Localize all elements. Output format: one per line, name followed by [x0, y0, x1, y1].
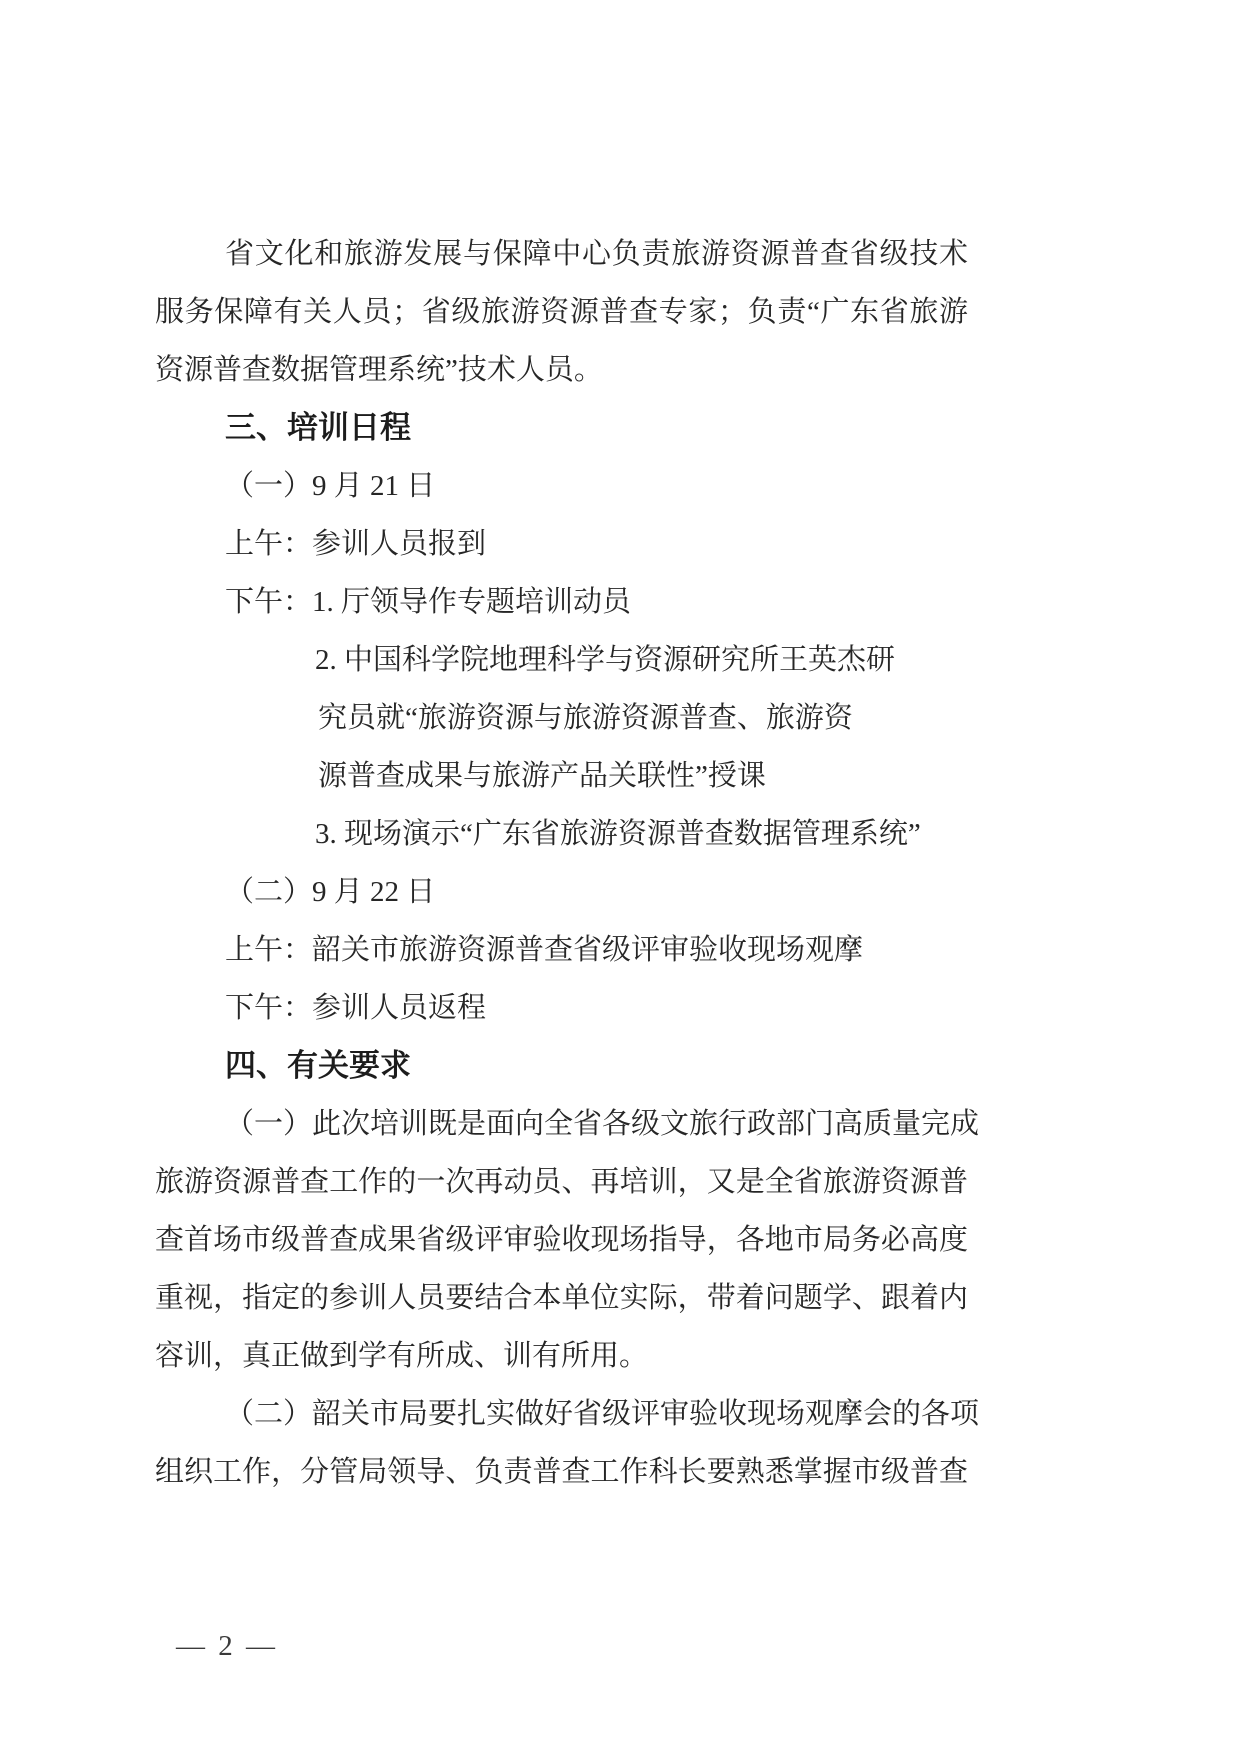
section-heading-training-schedule: 三、培训日程	[155, 399, 968, 457]
doc-line: （二）韶关市局要扎实做好省级评审验收现场观摩会的各项	[155, 1385, 968, 1443]
doc-line-numbered-item: 2. 中国科学院地理科学与资源研究所王英杰研	[155, 631, 968, 689]
doc-line: 查首场市级普查成果省级评审验收现场指导，各地市局务必高度	[155, 1211, 968, 1269]
doc-line: 究员就“旅游资源与旅游资源普查、旅游资	[155, 689, 968, 747]
doc-line-afternoon: 下午：1. 厅领导作专题培训动员	[155, 573, 968, 631]
doc-line: 省文化和旅游发展与保障中心负责旅游资源普查省级技术	[155, 225, 968, 283]
doc-line-numbered-item: 3. 现场演示“广东省旅游资源普查数据管理系统”	[155, 805, 968, 863]
doc-line-afternoon: 下午：参训人员返程	[155, 979, 968, 1037]
doc-line-morning: 上午：韶关市旅游资源普查省级评审验收现场观摩	[155, 921, 968, 979]
doc-line-date-item: （一）9 月 21 日	[155, 457, 968, 515]
doc-line: 重视，指定的参训人员要结合本单位实际，带着问题学、跟着内	[155, 1269, 968, 1327]
section-heading-requirements: 四、有关要求	[155, 1037, 968, 1095]
doc-line-morning: 上午：参训人员报到	[155, 515, 968, 573]
doc-line: （一）此次培训既是面向全省各级文旅行政部门高质量完成	[155, 1095, 968, 1153]
doc-line: 组织工作，分管局领导、负责普查工作科长要熟悉掌握市级普查	[155, 1443, 968, 1501]
document-body: 省文化和旅游发展与保障中心负责旅游资源普查省级技术 服务保障有关人员；省级旅游资…	[155, 225, 968, 1501]
doc-line: 源普查成果与旅游产品关联性”授课	[155, 747, 968, 805]
doc-line: 容训，真正做到学有所成、训有所用。	[155, 1327, 968, 1385]
page-number: — 2 —	[176, 1626, 278, 1666]
doc-line: 旅游资源普查工作的一次再动员、再培训，又是全省旅游资源普	[155, 1153, 968, 1211]
doc-line-date-item: （二）9 月 22 日	[155, 863, 968, 921]
document-page: 省文化和旅游发展与保障中心负责旅游资源普查省级技术 服务保障有关人员；省级旅游资…	[0, 0, 1241, 1755]
doc-line: 服务保障有关人员；省级旅游资源普查专家；负责“广东省旅游	[155, 283, 968, 341]
doc-line: 资源普查数据管理系统”技术人员。	[155, 341, 968, 399]
